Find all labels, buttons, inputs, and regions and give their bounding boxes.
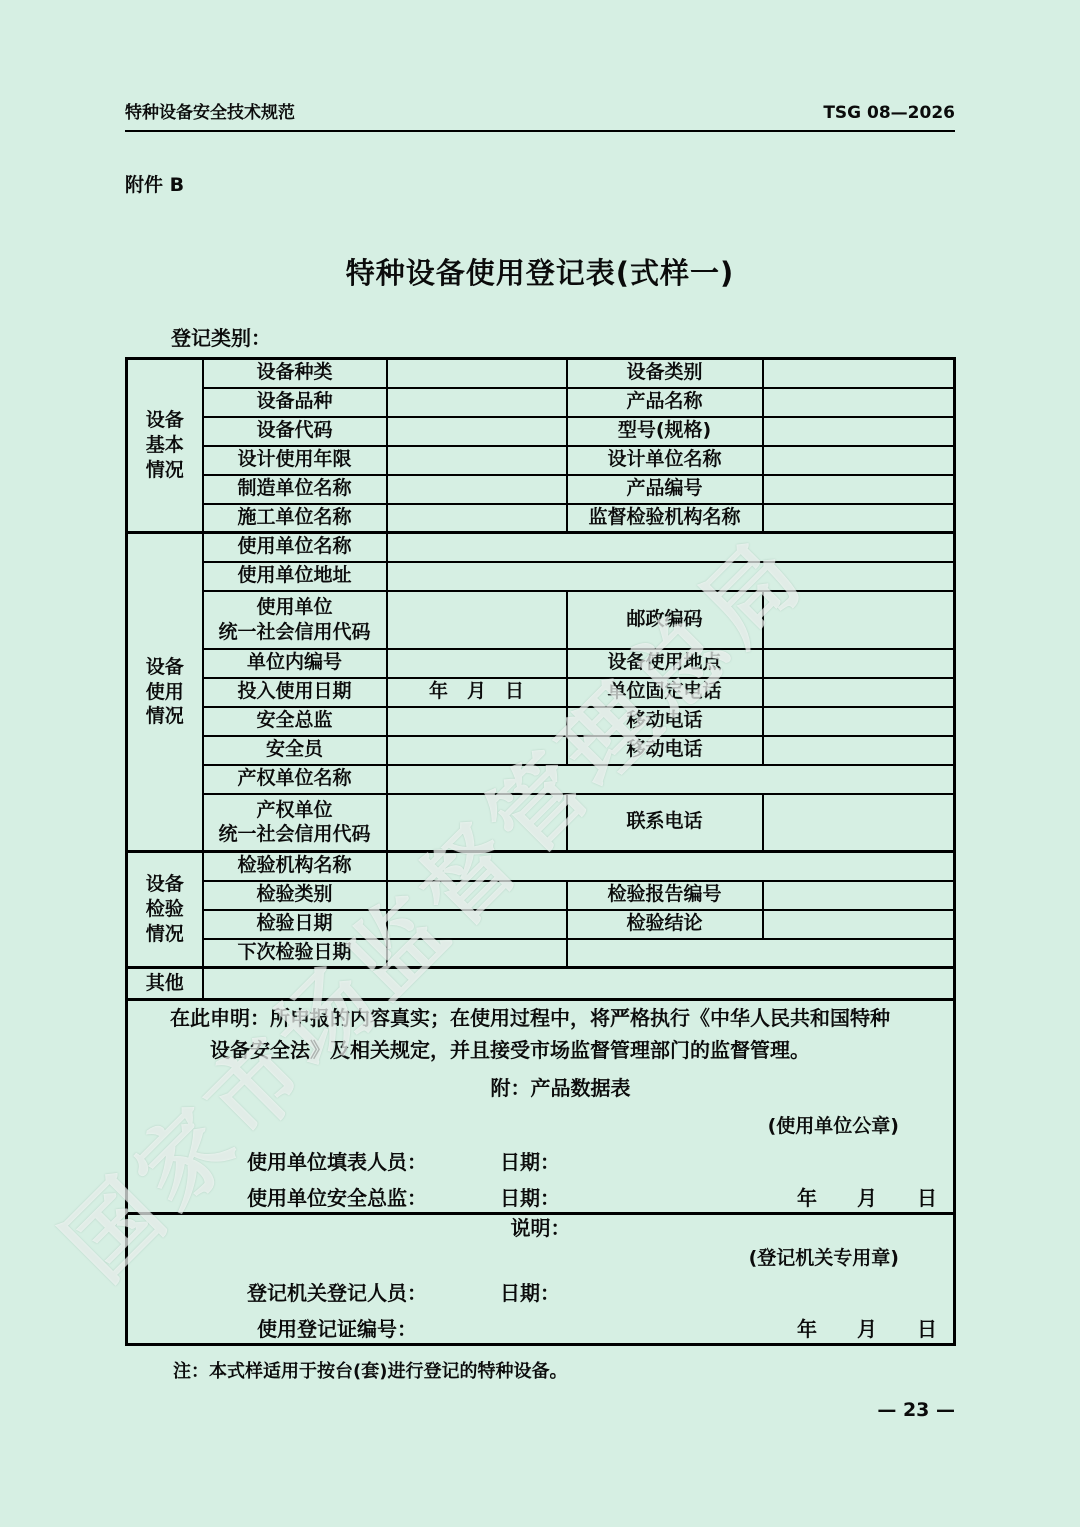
label-product-number: 产品编号 bbox=[567, 475, 763, 504]
label-inspection-category: 检验类别 bbox=[203, 881, 387, 910]
table-row: 产权单位名称 bbox=[127, 765, 955, 794]
blank-supervision-inspection-org bbox=[763, 504, 955, 533]
sign-row-registrar: 登记机关登记人员： 日期： bbox=[130, 1281, 951, 1306]
declaration-block: 在此申明：所申报的内容真实；在使用过程中，将严格执行《中华人民共和国特种设备安全… bbox=[127, 1000, 955, 1214]
table-row: 产权单位 统一社会信用代码 联系电话 bbox=[127, 794, 955, 852]
table-row: 安全总监 移动电话 bbox=[127, 707, 955, 736]
blank-inspection-conclusion bbox=[763, 910, 955, 939]
blank-contact-phone bbox=[763, 794, 955, 852]
user-unit-seal-hint: (使用单位公章) bbox=[130, 1115, 951, 1139]
label-form-filler: 使用单位填表人员： bbox=[174, 1150, 500, 1175]
section-usage-info: 设备 使用 情况 bbox=[127, 533, 203, 852]
table-row: 使用单位 统一社会信用代码 邮政编码 bbox=[127, 591, 955, 649]
blank-design-unit bbox=[763, 446, 955, 475]
registration-category-label: 登记类别： bbox=[171, 322, 955, 351]
label-equipment-category: 设备类别 bbox=[567, 359, 763, 388]
section-label-line: 设备 bbox=[130, 408, 200, 433]
label-registrar: 登记机关登记人员： bbox=[174, 1281, 500, 1306]
document-page: 国家市场监督管理总局 特种设备安全技术规范 TSG 08—2026 附件 B 特… bbox=[0, 0, 1080, 1527]
sign-row-form-filler: 使用单位填表人员： 日期： bbox=[130, 1150, 951, 1175]
section-label-line: 情况 bbox=[130, 704, 200, 729]
doc-header: 特种设备安全技术规范 TSG 08—2026 bbox=[125, 0, 955, 123]
blank-equipment-code bbox=[387, 417, 567, 446]
table-row: 下次检验日期 bbox=[127, 939, 955, 968]
table-row: 在此申明：所申报的内容真实；在使用过程中，将严格执行《中华人民共和国特种设备安全… bbox=[127, 1000, 955, 1214]
label-safety-director: 安全总监 bbox=[203, 707, 387, 736]
table-row: 施工单位名称 监督检验机构名称 bbox=[127, 504, 955, 533]
label-director-date: 日期： bbox=[500, 1186, 560, 1211]
section-label-line: 设备 bbox=[130, 872, 200, 897]
blank-owner-unit-name bbox=[387, 765, 955, 794]
blank-next-inspection-date bbox=[387, 939, 567, 968]
table-row: 设备 基本 情况 设备种类 设备类别 bbox=[127, 359, 955, 388]
blank-product-number bbox=[763, 475, 955, 504]
blank-unit-landline bbox=[763, 678, 955, 707]
section-label-line: 设备 bbox=[130, 655, 200, 680]
table-row: 检验类别 检验报告编号 bbox=[127, 881, 955, 910]
label-equipment-kind: 设备种类 bbox=[203, 359, 387, 388]
label-design-unit: 设计单位名称 bbox=[567, 446, 763, 475]
label-supervision-inspection-org: 监督检验机构名称 bbox=[567, 504, 763, 533]
year-month-day: 年 月 日 bbox=[797, 1317, 951, 1342]
remarks-block: 说明： (登记机关专用章) 登记机关登记人员： 日期： 使用登记证编号： 年 月… bbox=[127, 1213, 955, 1345]
table-row: 检验日期 检验结论 bbox=[127, 910, 955, 939]
section-inspection-info: 设备 检验 情况 bbox=[127, 852, 203, 968]
label-model-spec: 型号(规格) bbox=[567, 417, 763, 446]
table-row: 设备 使用 情况 使用单位名称 bbox=[127, 533, 955, 562]
label-inspection-conclusion: 检验结论 bbox=[567, 910, 763, 939]
label-line: 统一社会信用代码 bbox=[206, 620, 384, 645]
blank-director-mobile bbox=[763, 707, 955, 736]
table-row: 安全员 移动电话 bbox=[127, 736, 955, 765]
table-row: 说明： (登记机关专用章) 登记机关登记人员： 日期： 使用登记证编号： 年 月… bbox=[127, 1213, 955, 1345]
header-left-title: 特种设备安全技术规范 bbox=[125, 98, 295, 123]
label-registrar-date: 日期： bbox=[500, 1281, 560, 1306]
blank-equipment-kind bbox=[387, 359, 567, 388]
label-internal-number: 单位内编号 bbox=[203, 649, 387, 678]
blank-inspection-date bbox=[387, 910, 567, 939]
blank-model-spec bbox=[763, 417, 955, 446]
table-row: 使用单位地址 bbox=[127, 562, 955, 591]
table-row: 设备代码 型号(规格) bbox=[127, 417, 955, 446]
blank-inspection-report-number bbox=[763, 881, 955, 910]
blank-officer-mobile bbox=[763, 736, 955, 765]
label-owner-unit-credit-code: 产权单位 统一社会信用代码 bbox=[203, 794, 387, 852]
label-line: 使用单位 bbox=[206, 595, 384, 620]
declaration-paragraph: 在此申明：所申报的内容真实；在使用过程中，将严格执行《中华人民共和国特种设备安全… bbox=[130, 1002, 890, 1067]
label-equipment-variety: 设备品种 bbox=[203, 388, 387, 417]
section-other: 其他 bbox=[127, 968, 203, 1000]
label-inspection-report-number: 检验报告编号 bbox=[567, 881, 763, 910]
section-label-line: 检验 bbox=[130, 897, 200, 922]
label-filler-date: 日期： bbox=[500, 1150, 560, 1175]
year-month-day: 年 月 日 bbox=[797, 1186, 951, 1211]
label-equipment-use-location: 设备使用地点 bbox=[567, 649, 763, 678]
page-number: — 23 — bbox=[125, 1399, 955, 1421]
blank-internal-number bbox=[387, 649, 567, 678]
section-label-line: 情况 bbox=[130, 922, 200, 947]
blank-user-unit-name bbox=[387, 533, 955, 562]
blank-product-name bbox=[763, 388, 955, 417]
label-next-inspection-date: 下次检验日期 bbox=[203, 939, 387, 968]
section-label-line: 使用 bbox=[130, 680, 200, 705]
label-contact-phone: 联系电话 bbox=[567, 794, 763, 852]
registration-authority-seal-hint: (登记机关专用章) bbox=[130, 1247, 951, 1271]
blank-postal-code bbox=[763, 591, 955, 649]
label-postal-code: 邮政编码 bbox=[567, 591, 763, 649]
page-content: 特种设备安全技术规范 TSG 08—2026 附件 B 特种设备使用登记表(式样… bbox=[125, 0, 955, 1421]
attachment-label: 附件 B bbox=[125, 170, 955, 197]
label-user-unit-credit-code: 使用单位 统一社会信用代码 bbox=[203, 591, 387, 649]
label-director-mobile: 移动电话 bbox=[567, 707, 763, 736]
label-user-unit-address: 使用单位地址 bbox=[203, 562, 387, 591]
blank-next-inspection-extra bbox=[567, 939, 955, 968]
label-safety-officer: 安全员 bbox=[203, 736, 387, 765]
blank-safety-director bbox=[387, 707, 567, 736]
label-unit-landline: 单位固定电话 bbox=[567, 678, 763, 707]
blank-equipment-category bbox=[763, 359, 955, 388]
label-equipment-code: 设备代码 bbox=[203, 417, 387, 446]
blank-other bbox=[203, 968, 955, 1000]
blank-manufacturer bbox=[387, 475, 567, 504]
blank-user-unit-address bbox=[387, 562, 955, 591]
label-line: 统一社会信用代码 bbox=[206, 822, 384, 847]
registration-form-table: 设备 基本 情况 设备种类 设备类别 设备品种 产品名称 设备代码 bbox=[125, 357, 956, 1346]
blank-construction-unit bbox=[387, 504, 567, 533]
label-safety-director-sign: 使用单位安全总监： bbox=[174, 1186, 500, 1211]
blank-design-life bbox=[387, 446, 567, 475]
blank-safety-officer bbox=[387, 736, 567, 765]
value-commission-date-ymd: 年 月 日 bbox=[387, 678, 567, 707]
section-label-line: 基本 bbox=[130, 433, 200, 458]
table-row: 投入使用日期 年 月 日 单位固定电话 bbox=[127, 678, 955, 707]
label-owner-unit-name: 产权单位名称 bbox=[203, 765, 387, 794]
label-line: 产权单位 bbox=[206, 798, 384, 823]
label-certificate-number: 使用登记证编号： bbox=[174, 1317, 500, 1342]
section-basic-info: 设备 基本 情况 bbox=[127, 359, 203, 533]
declaration-attachment-line: 附：产品数据表 bbox=[170, 1076, 951, 1101]
table-row: 设备 检验 情况 检验机构名称 bbox=[127, 852, 955, 881]
label-product-name: 产品名称 bbox=[567, 388, 763, 417]
label-officer-mobile: 移动电话 bbox=[567, 736, 763, 765]
label-inspection-date: 检验日期 bbox=[203, 910, 387, 939]
label-manufacturer: 制造单位名称 bbox=[203, 475, 387, 504]
sign-row-safety-director: 使用单位安全总监： 日期： 年 月 日 bbox=[130, 1186, 951, 1211]
header-rule bbox=[125, 130, 955, 132]
table-row: 单位内编号 设备使用地点 bbox=[127, 649, 955, 678]
table-row: 其他 bbox=[127, 968, 955, 1000]
footnote: 注：本式样适用于按台(套)进行登记的特种设备。 bbox=[173, 1357, 955, 1383]
blank-equipment-use-location bbox=[763, 649, 955, 678]
blank-inspection-category bbox=[387, 881, 567, 910]
form-title: 特种设备使用登记表(式样一) bbox=[125, 251, 955, 292]
label-inspection-org: 检验机构名称 bbox=[203, 852, 387, 881]
label-construction-unit: 施工单位名称 bbox=[203, 504, 387, 533]
table-row: 制造单位名称 产品编号 bbox=[127, 475, 955, 504]
header-right-code: TSG 08—2026 bbox=[823, 103, 955, 123]
table-row: 设备品种 产品名称 bbox=[127, 388, 955, 417]
table-row: 设计使用年限 设计单位名称 bbox=[127, 446, 955, 475]
blank-inspection-org bbox=[387, 852, 955, 881]
label-commission-date: 投入使用日期 bbox=[203, 678, 387, 707]
blank-user-unit-credit-code bbox=[387, 591, 567, 649]
section-label-line: 情况 bbox=[130, 458, 200, 483]
remarks-label: 说明： bbox=[130, 1216, 951, 1241]
label-design-life: 设计使用年限 bbox=[203, 446, 387, 475]
label-user-unit-name: 使用单位名称 bbox=[203, 533, 387, 562]
blank-equipment-variety bbox=[387, 388, 567, 417]
sign-row-certificate-number: 使用登记证编号： 年 月 日 bbox=[130, 1317, 951, 1342]
blank-owner-unit-credit-code bbox=[387, 794, 567, 852]
